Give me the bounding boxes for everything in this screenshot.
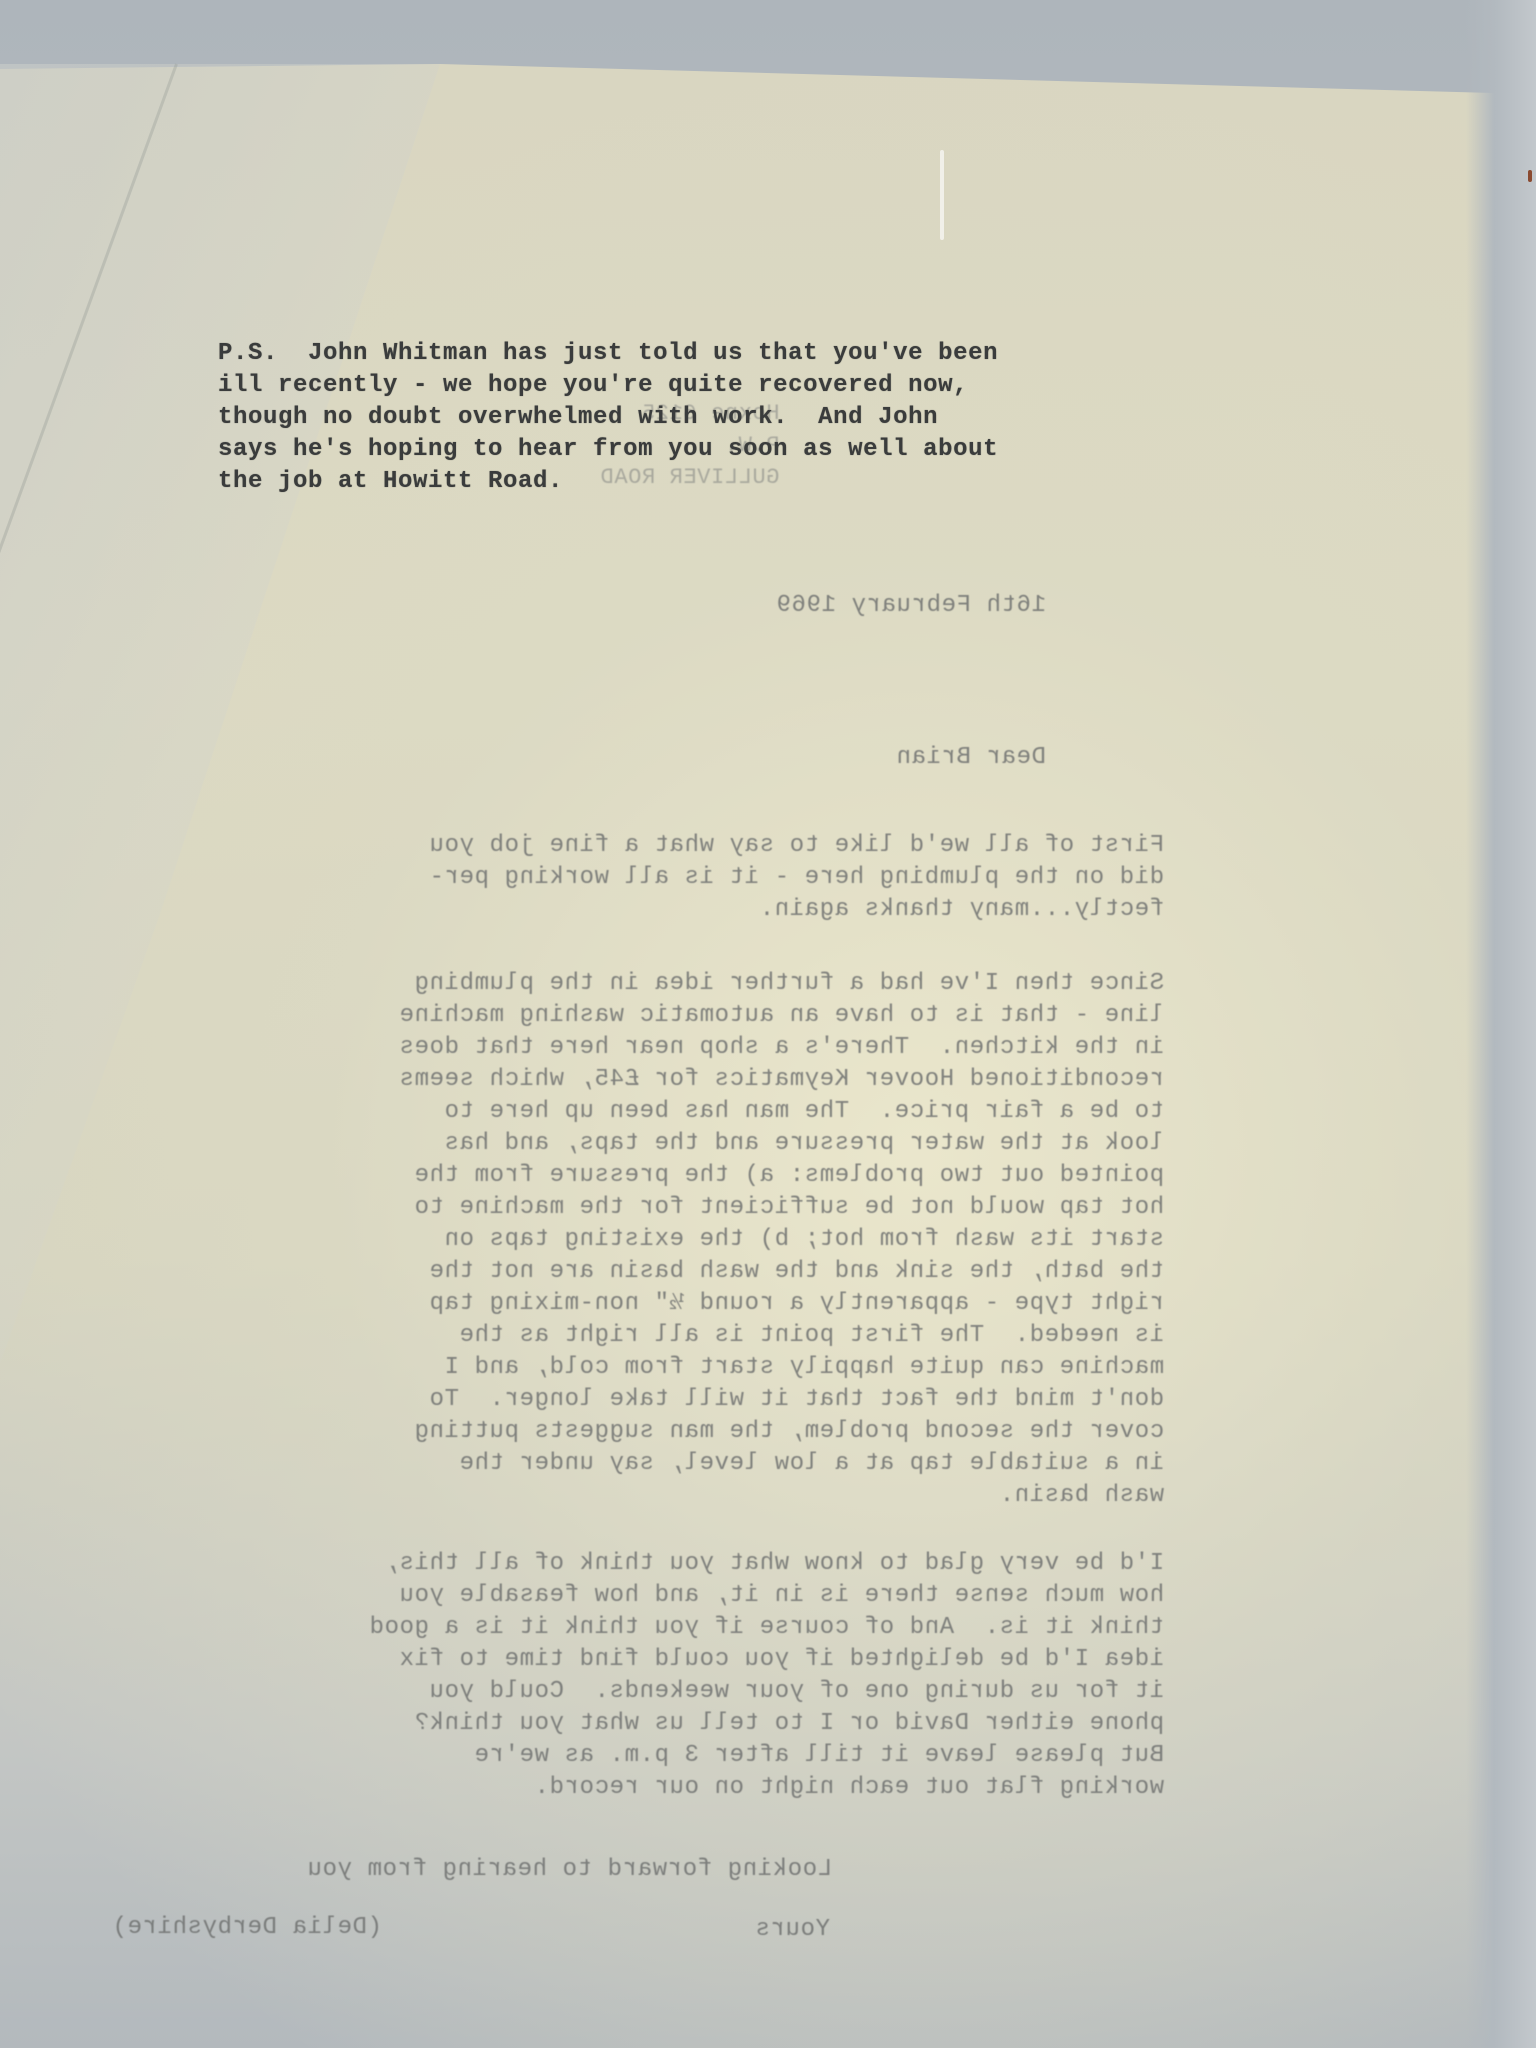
letter-date: 16th February 1969	[776, 590, 1046, 622]
paragraph-3: I'd be very glad to know what you think …	[369, 1548, 1164, 1804]
postscript: P.S. John Whitman has just told us that …	[218, 338, 998, 498]
signature: (Delia Derbyshire)	[112, 1912, 382, 1944]
sign-off: Yours	[755, 1914, 830, 1946]
paper-mark	[940, 150, 944, 240]
paper-speck	[1528, 170, 1532, 182]
paragraph-2: Since then I've had a further idea in th…	[399, 968, 1164, 1512]
letter-greeting: Dear Brian	[896, 742, 1046, 774]
letter-closing: Looking forward to hearing from you	[307, 1854, 832, 1886]
sheet-edge	[1466, 0, 1536, 2048]
paragraph-1: First of all we'd like to say what a fin…	[429, 830, 1164, 926]
